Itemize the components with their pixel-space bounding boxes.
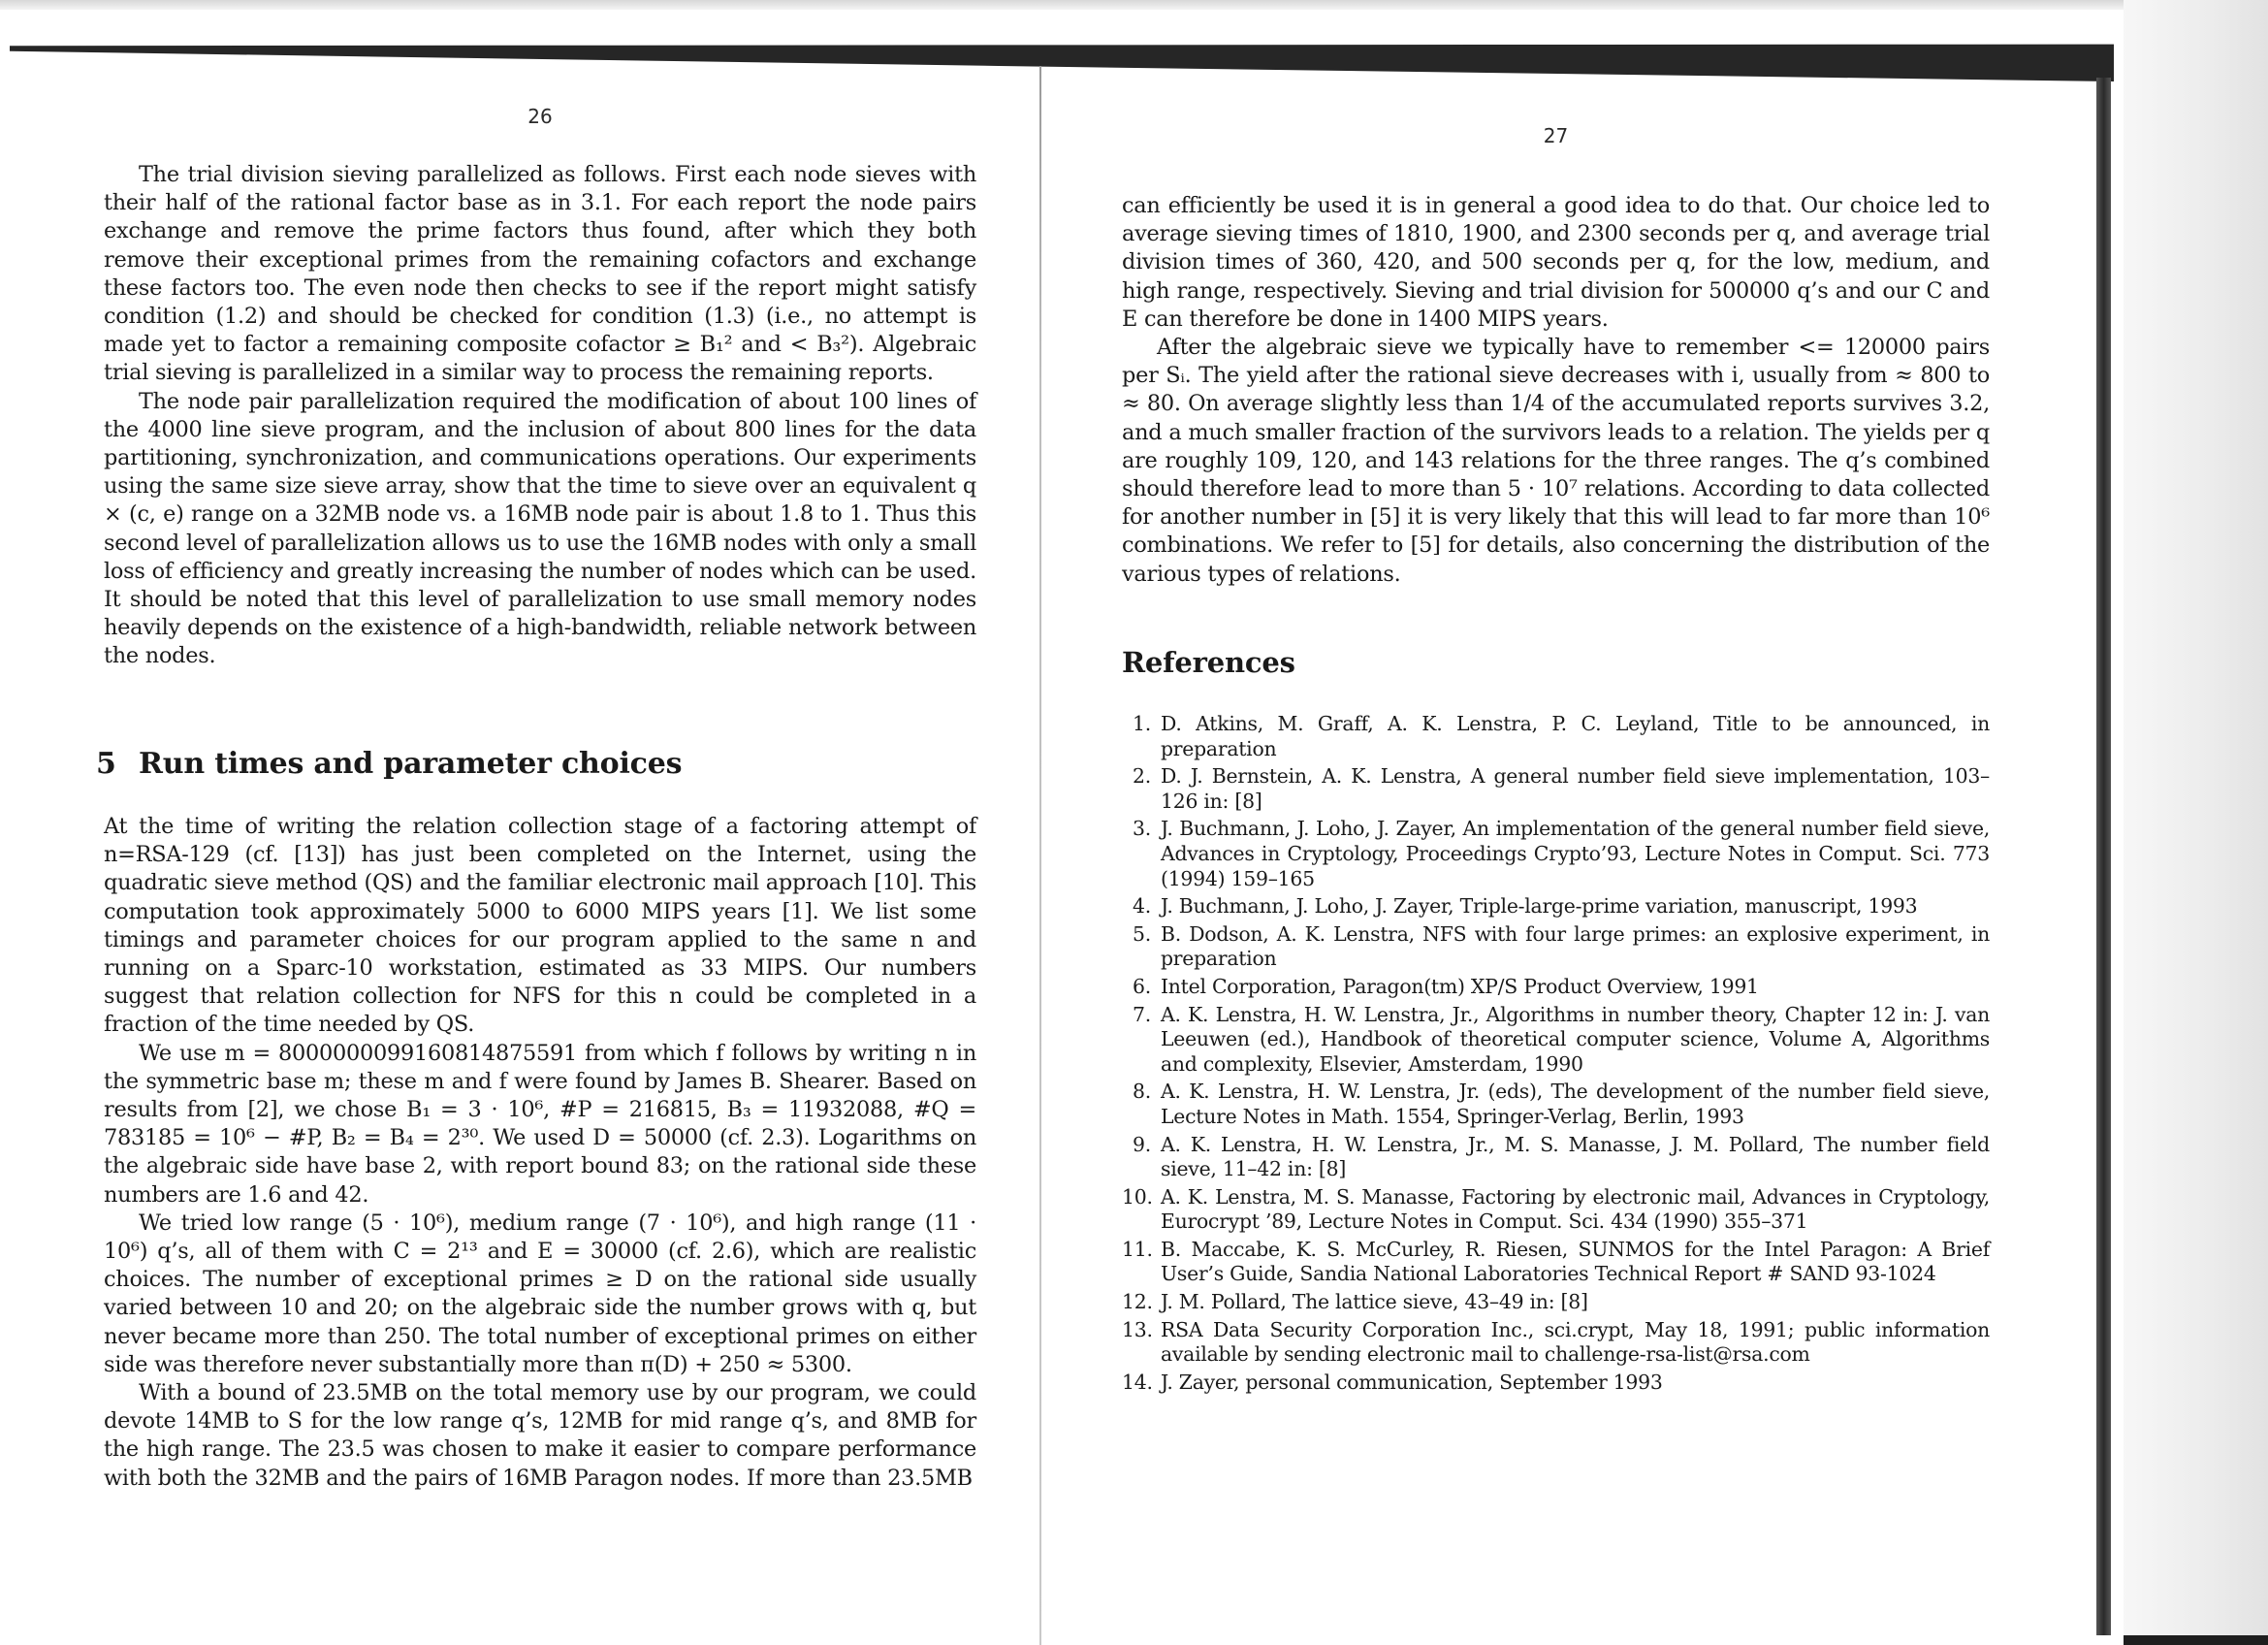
reference-item: 8.A. K. Lenstra, H. W. Lenstra, Jr. (eds… bbox=[1122, 1080, 1990, 1129]
page-number: 27 bbox=[1122, 124, 1990, 147]
paragraph: We use m = 8000000099160814875591 from w… bbox=[104, 1040, 976, 1210]
left-body-top: The trial division sieving parallelized … bbox=[104, 161, 976, 671]
right-page: 27 can efficiently be used it is in gene… bbox=[1122, 0, 1990, 1645]
paragraph: At the time of writing the relation coll… bbox=[104, 813, 976, 1040]
reference-item: 9.A. K. Lenstra, H. W. Lenstra, Jr., M. … bbox=[1122, 1133, 1990, 1182]
section-heading: 5Run times and parameter choices bbox=[96, 747, 682, 781]
paragraph: With a bound of 23.5MB on the total memo… bbox=[104, 1379, 976, 1493]
reference-item: 1.D. Atkins, M. Graff, A. K. Lenstra, P.… bbox=[1122, 712, 1990, 761]
paragraph: We tried low range (5 · 10⁶), medium ran… bbox=[104, 1210, 976, 1379]
page-edge-shadow-right bbox=[2096, 78, 2111, 1635]
book-gutter bbox=[1039, 66, 1041, 1645]
paragraph: can efficiently be used it is in general… bbox=[1122, 192, 1990, 334]
paragraph: The node pair parallelization required t… bbox=[104, 388, 976, 671]
section-title: Run times and parameter choices bbox=[139, 747, 682, 781]
reference-item: 12.J. M. Pollard, The lattice sieve, 43–… bbox=[1122, 1290, 1990, 1315]
page-edge-shadow-bottom bbox=[2124, 1635, 2268, 1645]
left-body-section: At the time of writing the relation coll… bbox=[104, 813, 976, 1493]
page-number: 26 bbox=[104, 105, 976, 128]
reference-item: 6.Intel Corporation, Paragon(tm) XP/S Pr… bbox=[1122, 975, 1990, 1000]
reference-item: 4.J. Buchmann, J. Loho, J. Zayer, Triple… bbox=[1122, 894, 1990, 919]
left-page: 26 The trial division sieving paralleliz… bbox=[104, 0, 976, 1645]
reference-item: 11.B. Maccabe, K. S. McCurley, R. Riesen… bbox=[1122, 1238, 1990, 1287]
reference-item: 13.RSA Data Security Corporation Inc., s… bbox=[1122, 1318, 1990, 1368]
reference-item: 2.D. J. Bernstein, A. K. Lenstra, A gene… bbox=[1122, 764, 1990, 814]
reference-list: 1.D. Atkins, M. Graff, A. K. Lenstra, P.… bbox=[1122, 712, 1990, 1398]
reference-item: 7.A. K. Lenstra, H. W. Lenstra, Jr., Alg… bbox=[1122, 1003, 1990, 1078]
section-number: 5 bbox=[96, 747, 139, 781]
paragraph: The trial division sieving parallelized … bbox=[104, 161, 976, 388]
reference-item: 3.J. Buchmann, J. Loho, J. Zayer, An imp… bbox=[1122, 817, 1990, 891]
scanner-background bbox=[2124, 0, 2268, 1645]
references-heading: References bbox=[1122, 646, 1295, 679]
reference-item: 10.A. K. Lenstra, M. S. Manasse, Factori… bbox=[1122, 1185, 1990, 1235]
right-body: can efficiently be used it is in general… bbox=[1122, 192, 1990, 589]
paragraph: After the algebraic sieve we typically h… bbox=[1122, 334, 1990, 589]
reference-item: 5.B. Dodson, A. K. Lenstra, NFS with fou… bbox=[1122, 922, 1990, 972]
reference-item: 14.J. Zayer, personal communication, Sep… bbox=[1122, 1371, 1990, 1396]
